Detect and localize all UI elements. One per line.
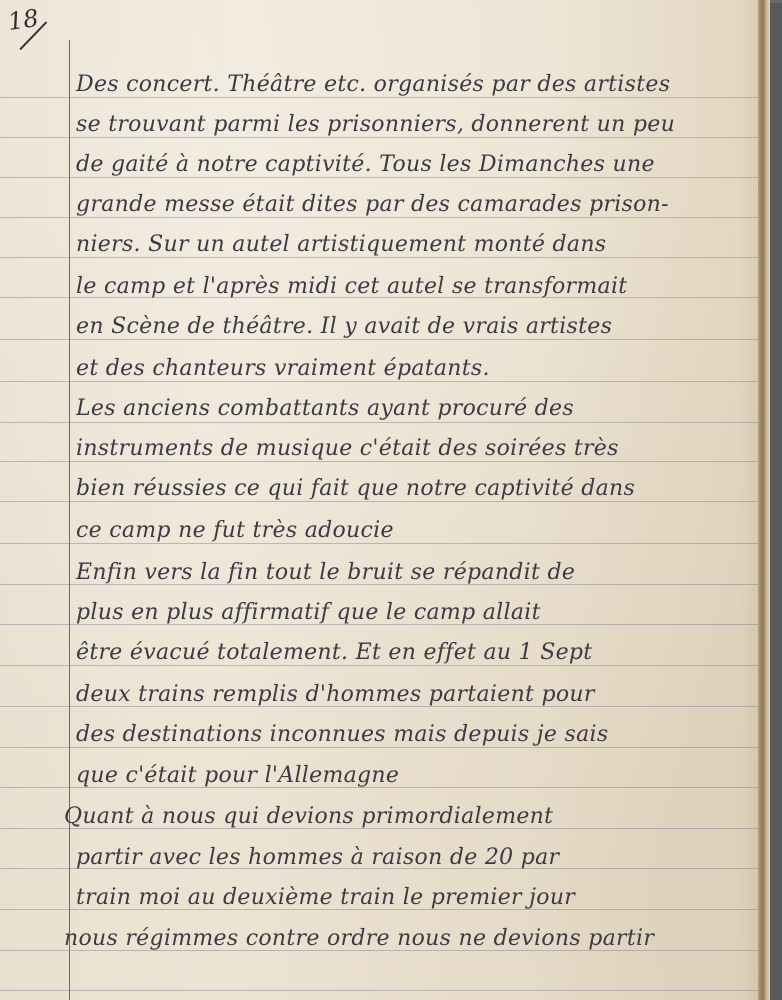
text-line: être évacué totalement. Et en effet au 1… (76, 640, 756, 680)
text-line: Quant à nous qui devions primordialement (64, 804, 744, 844)
text-line: partir avec les hommes à raison de 20 pa… (76, 845, 756, 885)
text-line: plus en plus affirmatif que le camp alla… (76, 600, 756, 640)
notebook-page: 18 Des concert. Théâtre etc. organisés p… (0, 0, 770, 1000)
text-line: ce camp ne fut très adoucie (76, 518, 756, 558)
text-line: de gaité à notre captivité. Tous les Dim… (76, 152, 756, 192)
text-line: se trouvant parmi les prisonniers, donne… (76, 112, 756, 152)
text-line: en Scène de théâtre. Il y avait de vrais… (76, 314, 756, 354)
text-line: et des chanteurs vraiment épatants. (76, 356, 756, 396)
page-binding-edge (758, 0, 770, 1000)
text-line: train moi au deuxième train le premier j… (76, 885, 756, 925)
text-line: nous régimmes contre ordre nous ne devio… (64, 926, 744, 966)
text-line: Enfin vers la fin tout le bruit se répan… (76, 560, 756, 600)
page-number: 18 (6, 4, 40, 36)
margin-line (69, 40, 70, 1000)
text-line: Des concert. Théâtre etc. organisés par … (76, 72, 756, 112)
text-line: des destinations inconnues mais depuis j… (76, 722, 756, 762)
text-line: deux trains remplis d'hommes partaient p… (76, 682, 756, 722)
text-line: que c'était pour l'Allemagne (76, 763, 756, 803)
text-line: bien réussies ce qui fait que notre capt… (76, 476, 756, 516)
text-line: grande messe était dites par des camarad… (76, 192, 756, 232)
text-line: niers. Sur un autel artistiquement monté… (76, 232, 756, 272)
text-line: instruments de musique c'était des soiré… (76, 436, 756, 476)
text-line: Les anciens combattants ayant procuré de… (76, 396, 756, 436)
text-line: le camp et l'après midi cet autel se tra… (76, 274, 756, 314)
rule-line (0, 990, 770, 991)
